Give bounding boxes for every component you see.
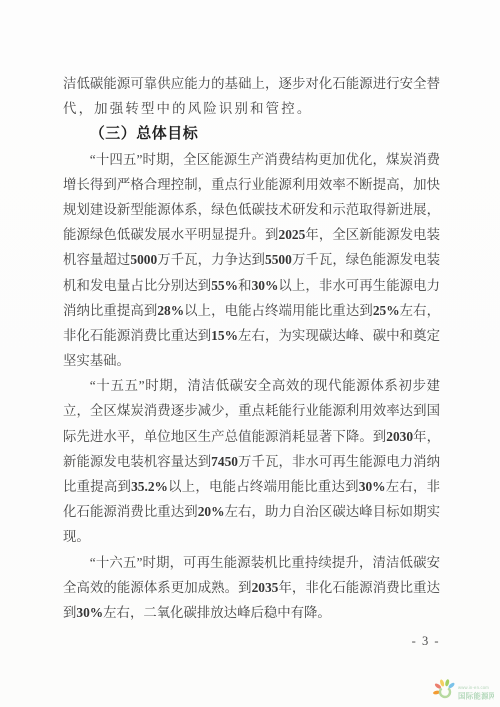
text-line: （三）总体目标 [63, 121, 440, 146]
text-line: 机容量超过5000万千瓦，力争达到5500万千瓦，绿色能源发电装 [63, 247, 440, 272]
text-line: 非化石能源消费比重达到15%左右，为实现碳达峰、碳中和奠定 [63, 323, 440, 348]
text-line: 代，加强转型中的风险识别和管控。 [63, 96, 440, 121]
site-logo-sun-icon: www.in-en.com 国际能源网 [432, 674, 494, 702]
text-line: 全高效的能源体系更加成熟。到2035年，非化石能源消费比重达 [63, 575, 440, 600]
text-line: 立，全区煤炭消费逐步减少，重点耗能行业能源利用效率达到国 [63, 398, 440, 423]
text-line: 现。 [63, 524, 440, 549]
watermark-site-url: www.in-en.com [458, 685, 489, 690]
paragraph: “十六五”时期，可再生能源装机比重持续提升，清洁低碳安全高效的能源体系更加成熟。… [63, 550, 440, 626]
text-line: 能源绿色低碳发展水平明显提升。到2025年，全区新能源发电装 [63, 222, 440, 247]
text-line: 际先进水平，单位地区生产总值能源消耗显著下降。到2030年， [63, 424, 440, 449]
paragraph: “十四五”时期，全区能源生产消费结构更加优化，煤炭消费增长得到严格合理控制，重点… [63, 147, 440, 374]
text-line: “十五五”时期，清洁低碳安全高效的现代能源体系初步建 [63, 373, 440, 398]
text-line: 机和发电量占比分别达到55%和30%以上，非水可再生能源电力 [63, 273, 440, 298]
text-line: 增长得到严格合理控制，重点行业能源利用效率不断提高，加快 [63, 172, 440, 197]
text-line: 消纳比重提高到28%以上，电能占终端用能比重达到25%左右， [63, 298, 440, 323]
watermark-site-name: 国际能源网 [458, 692, 494, 701]
text-line: “十四五”时期，全区能源生产消费结构更加优化，煤炭消费 [63, 147, 440, 172]
section-heading: （三）总体目标 [63, 121, 440, 146]
text-line: “十六五”时期，可再生能源装机比重持续提升，清洁低碳安 [63, 550, 440, 575]
paragraph: 洁低碳能源可靠供应能力的基础上，逐步对化石能源进行安全替代，加强转型中的风险识别… [63, 71, 440, 121]
document-body: 洁低碳能源可靠供应能力的基础上，逐步对化石能源进行安全替代，加强转型中的风险识别… [63, 71, 440, 625]
paragraph: “十五五”时期，清洁低碳安全高效的现代能源体系初步建立，全区煤炭消费逐步减少，重… [63, 373, 440, 549]
text-line: 到30%左右，二氧化碳排放达峰后稳中有降。 [63, 600, 440, 625]
text-line: 规划建设新型能源体系，绿色低碳技术研发和示范取得新进展， [63, 197, 440, 222]
text-line: 比重提高到35.2%以上，电能占终端用能比重达到30%左右，非 [63, 474, 440, 499]
scanned-document-page: 洁低碳能源可靠供应能力的基础上，逐步对化石能源进行安全替代，加强转型中的风险识别… [0, 0, 500, 707]
watermark: www.in-en.com 国际能源网 [432, 674, 494, 702]
text-line: 坚实基础。 [63, 348, 440, 373]
text-line: 洁低碳能源可靠供应能力的基础上，逐步对化石能源进行安全替 [63, 71, 440, 96]
text-line: 化石能源消费比重达到20%左右，助力自治区碳达峰目标如期实 [63, 499, 440, 524]
text-line: 新能源发电装机容量达到7450万千瓦，非水可再生能源电力消纳 [63, 449, 440, 474]
page-number: - 3 - [412, 634, 440, 649]
